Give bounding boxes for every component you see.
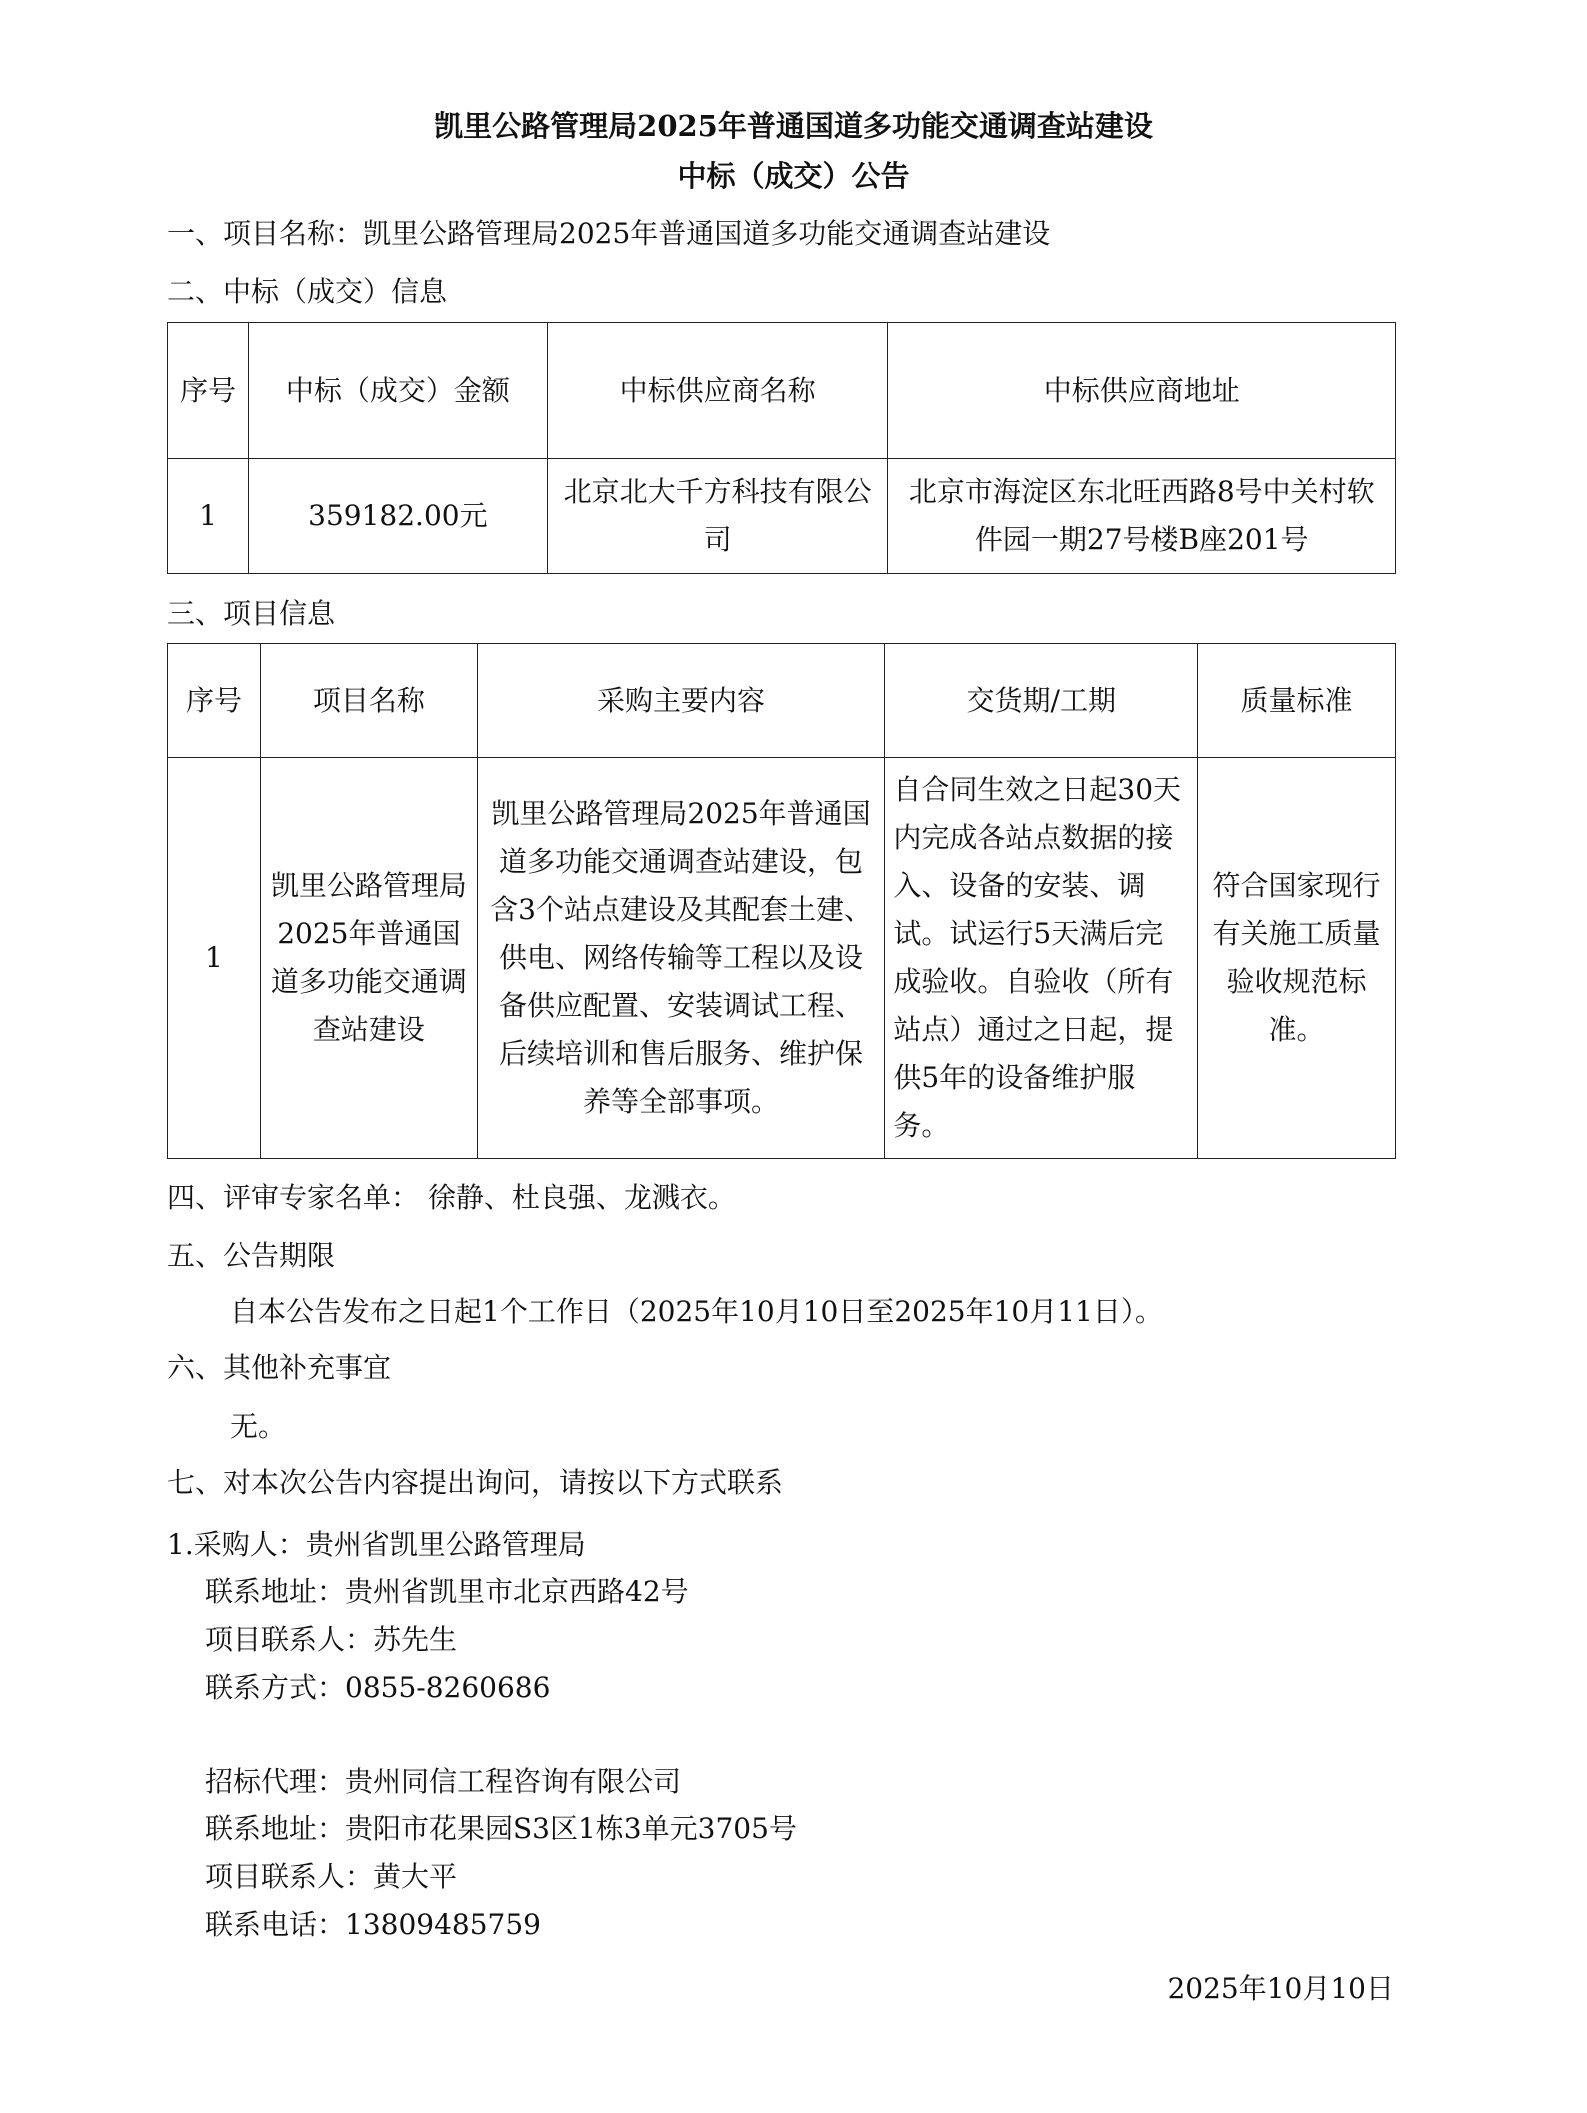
quality-standard: 符合国家现行有关施工质量验收规范标准。 <box>1198 758 1396 1159</box>
agent-address: 联系地址：贵阳市花果园S3区1栋3单元3705号 <box>205 1807 797 1847</box>
header-cell: 中标供应商地址 <box>888 323 1396 459</box>
purchaser-phone: 联系方式：0855-8260686 <box>205 1666 550 1706</box>
row-number: 1 <box>168 459 249 574</box>
doc-title-line2: 中标（成交）公告 <box>0 154 1587 195</box>
header-cell: 中标（成交）金额 <box>248 323 547 459</box>
section-award-info-heading: 二、中标（成交）信息 <box>167 270 447 310</box>
award-table-header: 序号 中标（成交）金额 中标供应商名称 中标供应商地址 <box>168 323 1396 459</box>
header-cell: 中标供应商名称 <box>547 323 888 459</box>
other-matters-body: 无。 <box>230 1405 286 1445</box>
agent-name: 招标代理：贵州同信工程咨询有限公司 <box>205 1760 681 1800</box>
agent-phone: 联系电话：13809485759 <box>205 1903 541 1943</box>
supplier-name: 北京北大千方科技有限公司 <box>547 459 888 574</box>
header-cell: 序号 <box>168 323 249 459</box>
project-table: 序号 项目名称 采购主要内容 交货期/工期 质量标准 1 凯里公路管理局2025… <box>167 643 1396 1159</box>
section-notice-period-heading: 五、公告期限 <box>167 1234 335 1274</box>
agent-contact: 项目联系人：黄大平 <box>205 1855 457 1895</box>
header-cell: 质量标准 <box>1198 644 1396 758</box>
header-cell: 交货期/工期 <box>885 644 1198 758</box>
notice-period-body: 自本公告发布之日起1个工作日（2025年10月10日至2025年10月11日）。 <box>230 1290 1163 1330</box>
delivery-period: 自合同生效之日起30天内完成各站点数据的接入、设备的安装、调试。试运行5天满后完… <box>885 758 1198 1159</box>
table-row: 1 359182.00元 北京北大千方科技有限公司 北京市海淀区东北旺西路8号中… <box>168 459 1396 574</box>
header-cell: 采购主要内容 <box>477 644 885 758</box>
award-amount: 359182.00元 <box>248 459 547 574</box>
purchaser-name: 1.采购人：贵州省凯里公路管理局 <box>167 1523 586 1563</box>
row-number: 1 <box>168 758 261 1159</box>
award-table: 序号 中标（成交）金额 中标供应商名称 中标供应商地址 1 359182.00元… <box>167 322 1396 574</box>
section-contact-heading: 七、对本次公告内容提出询问，请按以下方式联系 <box>167 1461 783 1501</box>
purchaser-address: 联系地址：贵州省凯里市北京西路42号 <box>205 1570 689 1610</box>
notice-date: 2025年10月10日 <box>1167 1967 1394 2007</box>
doc-title-line1: 凯里公路管理局2025年普通国道多功能交通调查站建设 <box>0 104 1587 145</box>
section-project-name: 一、项目名称：凯里公路管理局2025年普通国道多功能交通调查站建设 <box>167 212 1050 252</box>
supplier-address: 北京市海淀区东北旺西路8号中关村软件园一期27号楼B座201号 <box>888 459 1396 574</box>
section-other-matters-heading: 六、其他补充事宜 <box>167 1346 391 1386</box>
section-experts: 四、评审专家名单： 徐静、杜良强、龙溅衣。 <box>167 1176 736 1216</box>
purchaser-contact: 项目联系人：苏先生 <box>205 1618 457 1658</box>
table-row: 1 凯里公路管理局2025年普通国道多功能交通调查站建设 凯里公路管理局2025… <box>168 758 1396 1159</box>
procurement-content: 凯里公路管理局2025年普通国道多功能交通调查站建设，包含3个站点建设及其配套土… <box>477 758 885 1159</box>
header-cell: 项目名称 <box>260 644 477 758</box>
header-cell: 序号 <box>168 644 261 758</box>
project-table-header: 序号 项目名称 采购主要内容 交货期/工期 质量标准 <box>168 644 1396 758</box>
section-project-info-heading: 三、项目信息 <box>167 592 335 632</box>
project-name: 凯里公路管理局2025年普通国道多功能交通调查站建设 <box>260 758 477 1159</box>
